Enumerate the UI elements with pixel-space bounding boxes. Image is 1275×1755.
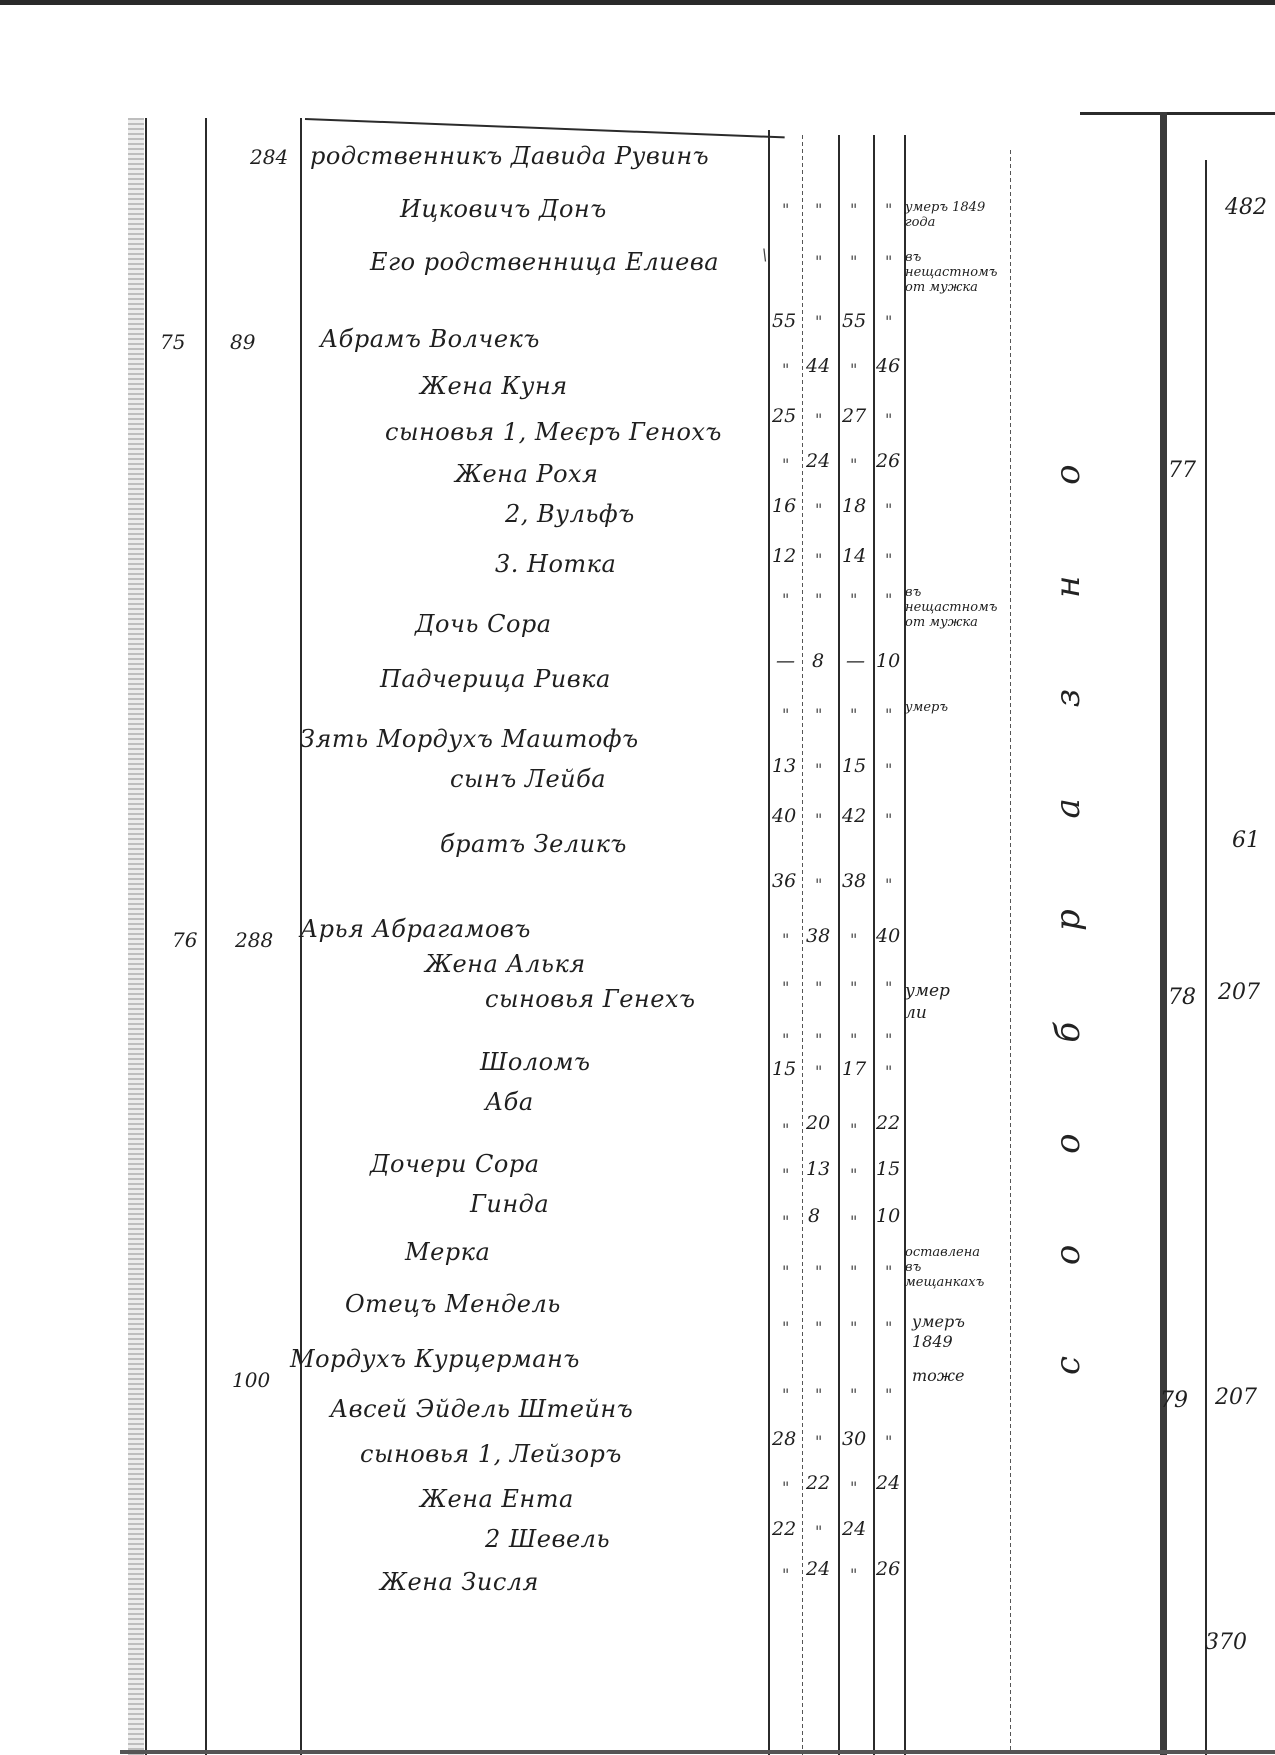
remark: въ нещастномъ от мужка	[905, 250, 1015, 295]
entry-name: Шоломъ	[480, 1048, 590, 1076]
age-prev-f: 8	[812, 650, 824, 672]
census-page: 284 родственникъ Давида Рувинъ Ицковичъ …	[0, 0, 1275, 1755]
entry-name: Жена Рохя	[455, 460, 598, 488]
age-prev-m: 36	[772, 870, 796, 892]
age-prev-m: 25	[772, 405, 796, 427]
entry-name: Дочери Сора	[370, 1150, 540, 1178]
age-now-f: "	[885, 1318, 892, 1337]
age-prev-m: 12	[772, 545, 796, 567]
age-prev-m: 40	[772, 805, 796, 827]
age-prev-f: 13	[806, 1158, 830, 1180]
family-number: 75	[160, 330, 185, 354]
age-now-m: "	[850, 1565, 857, 1584]
entry-name: Жена Куня	[420, 372, 568, 400]
col-line-left	[145, 118, 147, 1755]
age-now-m: "	[850, 1212, 857, 1231]
entry-name: Жена Алькя	[425, 950, 586, 978]
age-now-f: "	[885, 810, 892, 829]
age-now-m: "	[850, 705, 857, 724]
right-page-family-number: 78	[1168, 985, 1196, 1010]
entry-name: Абрамъ Волчекъ	[320, 325, 540, 353]
age-now-f: 10	[876, 650, 900, 672]
age-prev-m: "	[782, 705, 789, 724]
age-prev-f: "	[815, 590, 822, 609]
age-prev-m: 22	[772, 1518, 796, 1540]
age-now-m: —	[846, 650, 865, 672]
remark: умер ли	[905, 980, 975, 1024]
age-now-m: "	[850, 978, 857, 997]
age-prev-m: "	[782, 360, 789, 379]
remark: умеръ	[905, 700, 1015, 715]
age-now-m: "	[850, 1262, 857, 1281]
age-now-m: 30	[842, 1428, 866, 1450]
age-prev-f: 38	[806, 925, 830, 947]
age-prev-m: "	[782, 1212, 789, 1231]
age-now-m: "	[850, 1120, 857, 1139]
entry-name: Мерка	[405, 1238, 490, 1266]
age-prev-m: 28	[772, 1428, 796, 1450]
entry-name: сыновья 1, Меєръ Генохъ	[385, 418, 722, 446]
right-page-family-number: 79	[1160, 1388, 1188, 1413]
entry-name: Гинда	[470, 1190, 549, 1218]
age-now-m: "	[850, 930, 857, 949]
entry-name: братъ Зеликъ	[440, 830, 627, 858]
family-number: 76	[172, 928, 197, 952]
house-number: 288	[235, 928, 273, 952]
age-prev-m: "	[782, 1318, 789, 1337]
age-prev-f: "	[815, 500, 822, 519]
age-now-m: 14	[842, 545, 866, 567]
age-prev-m: "	[782, 1478, 789, 1497]
age-now-f: "	[885, 590, 892, 609]
age-now-f: "	[885, 978, 892, 997]
age-now-f: 15	[876, 1158, 900, 1180]
age-now-f: "	[885, 500, 892, 519]
col-line-age-now-m	[838, 135, 840, 1755]
right-page-house-number: 370	[1205, 1630, 1247, 1655]
age-now-m: 17	[842, 1058, 866, 1080]
age-now-m: "	[850, 1478, 857, 1497]
age-prev-f: "	[815, 252, 822, 271]
age-now-m: "	[850, 455, 857, 474]
age-now-m: 15	[842, 755, 866, 777]
age-now-m: 18	[842, 495, 866, 517]
age-prev-f: 44	[806, 355, 830, 377]
top-rule	[305, 118, 785, 138]
col-line-age-prev-f	[802, 135, 803, 1755]
age-now-f: "	[885, 705, 892, 724]
age-prev-m: \	[762, 245, 767, 264]
age-now-f: "	[885, 550, 892, 569]
age-prev-m: —	[776, 650, 795, 672]
house-number: 284	[250, 145, 288, 169]
age-prev-f: 22	[806, 1472, 830, 1494]
right-page-house-number: 207	[1215, 1385, 1257, 1410]
age-prev-f: "	[815, 550, 822, 569]
age-now-f: "	[885, 1030, 892, 1049]
age-prev-m: 16	[772, 495, 796, 517]
age-prev-m: "	[782, 1165, 789, 1184]
age-now-f: "	[885, 875, 892, 894]
age-prev-f: "	[815, 978, 822, 997]
age-prev-f: "	[815, 1262, 822, 1281]
age-prev-m: "	[782, 1262, 789, 1281]
age-now-m: "	[850, 590, 857, 609]
house-number: 100	[232, 1368, 270, 1392]
entry-name: Ицковичъ Донъ	[400, 195, 607, 223]
age-prev-f: "	[815, 1385, 822, 1404]
age-now-f: "	[885, 760, 892, 779]
age-prev-m: "	[782, 978, 789, 997]
age-prev-f: "	[815, 875, 822, 894]
right-page-family-number: 77	[1168, 458, 1196, 483]
page-gutter	[1160, 112, 1167, 1755]
entry-name: Мордухъ Курцерманъ	[290, 1345, 580, 1373]
age-now-f: "	[885, 1062, 892, 1081]
col-line-family	[205, 118, 207, 1755]
age-prev-f: 24	[806, 1558, 830, 1580]
age-now-f: 24	[876, 1472, 900, 1494]
age-prev-m: "	[782, 1120, 789, 1139]
col-line-age-prev-m	[768, 130, 770, 1755]
age-prev-m: 15	[772, 1058, 796, 1080]
age-now-f: "	[885, 1432, 892, 1451]
remark: умеръ 1849	[912, 1312, 982, 1352]
age-now-m: 27	[842, 405, 866, 427]
house-number: 89	[230, 330, 255, 354]
age-prev-m: "	[782, 930, 789, 949]
age-now-f: 40	[876, 925, 900, 947]
right-page-house-number: 61	[1232, 828, 1260, 853]
age-prev-m: 13	[772, 755, 796, 777]
age-now-m: 38	[842, 870, 866, 892]
entry-name: Аба	[485, 1088, 534, 1116]
top-rule-right	[1080, 112, 1275, 115]
age-now-m: "	[850, 360, 857, 379]
remark: тоже	[912, 1368, 1022, 1383]
age-prev-m: 55	[772, 310, 796, 332]
age-now-f: "	[885, 1385, 892, 1404]
age-prev-m: "	[782, 1565, 789, 1584]
age-prev-f: "	[815, 312, 822, 331]
age-prev-f: "	[815, 200, 822, 219]
age-now-m: "	[850, 1165, 857, 1184]
entry-name: Жена Ента	[420, 1485, 574, 1513]
age-now-f: "	[885, 200, 892, 219]
age-prev-f: "	[815, 1522, 822, 1541]
entry-name: родственникъ Давида Рувинъ	[310, 142, 709, 170]
col-line-remarks-end	[1010, 150, 1011, 1750]
age-now-m: "	[850, 1030, 857, 1049]
entry-name: 2 Шевель	[485, 1525, 610, 1553]
age-prev-m: "	[782, 590, 789, 609]
age-now-m: 42	[842, 805, 866, 827]
age-now-f: "	[885, 1262, 892, 1281]
age-now-f: 26	[876, 1558, 900, 1580]
age-now-f: 26	[876, 450, 900, 472]
age-prev-m: "	[782, 455, 789, 474]
col-line-remarks	[904, 135, 906, 1755]
entry-name: 3. Нотка	[495, 550, 616, 578]
right-page-house-number: 207	[1218, 980, 1260, 1005]
age-now-m: 24	[842, 1518, 866, 1540]
right-page-col-line	[1205, 160, 1207, 1755]
age-prev-f: "	[815, 410, 822, 429]
entry-name: Дочь Сора	[415, 610, 552, 638]
age-prev-m: "	[782, 1385, 789, 1404]
entry-name: сыновья Генехъ	[485, 985, 695, 1013]
age-now-f: "	[885, 410, 892, 429]
age-now-f: 22	[876, 1112, 900, 1134]
age-prev-f: "	[815, 760, 822, 779]
entry-name: Арья Абрагамовъ	[300, 915, 531, 943]
bottom-rule	[120, 1750, 1275, 1754]
remark: оставлена въ мещанкахъ	[905, 1245, 1000, 1290]
age-prev-f: 20	[806, 1112, 830, 1134]
age-prev-f: "	[815, 1030, 822, 1049]
entry-name: Авсей Эйдель Штейнъ	[330, 1395, 633, 1423]
age-prev-m: "	[782, 200, 789, 219]
sideways-annotation: с о о б р а з н о	[1048, 150, 1098, 1650]
col-line-age-now-f	[873, 135, 875, 1755]
entry-name: Жена Зисля	[380, 1568, 539, 1596]
age-prev-m: "	[782, 1030, 789, 1049]
binding-edge	[128, 118, 144, 1755]
age-now-f: 10	[876, 1205, 900, 1227]
entry-name: Падчерица Ривка	[380, 665, 611, 693]
age-now-f: "	[885, 252, 892, 271]
entry-name: сыновья 1, Лейзоръ	[360, 1440, 622, 1468]
remark: умеръ 1849 года	[905, 200, 1015, 230]
age-now-m: 55	[842, 310, 866, 332]
age-now-m: "	[850, 1318, 857, 1337]
age-now-m: "	[850, 200, 857, 219]
age-prev-f: 24	[806, 450, 830, 472]
entry-name: Отецъ Мендель	[345, 1290, 561, 1318]
entry-name: 2, Вульфъ	[505, 500, 635, 528]
age-prev-f: "	[815, 1062, 822, 1081]
entry-name: Зять Мордухъ Маштофъ	[300, 725, 639, 753]
entry-name: Его родственница Елиева	[370, 248, 719, 276]
age-prev-f: "	[815, 1318, 822, 1337]
age-prev-f: 8	[808, 1205, 820, 1227]
age-prev-f: "	[815, 810, 822, 829]
age-now-f: 46	[876, 355, 900, 377]
entry-name: сынъ Лейба	[450, 765, 606, 793]
age-prev-f: "	[815, 705, 822, 724]
age-now-m: "	[850, 1385, 857, 1404]
age-now-f: "	[885, 312, 892, 331]
age-now-m: "	[850, 252, 857, 271]
remark: въ нещастномъ от мужка	[905, 585, 1015, 630]
age-prev-f: "	[815, 1432, 822, 1451]
right-page-house-number: 482	[1225, 195, 1267, 220]
